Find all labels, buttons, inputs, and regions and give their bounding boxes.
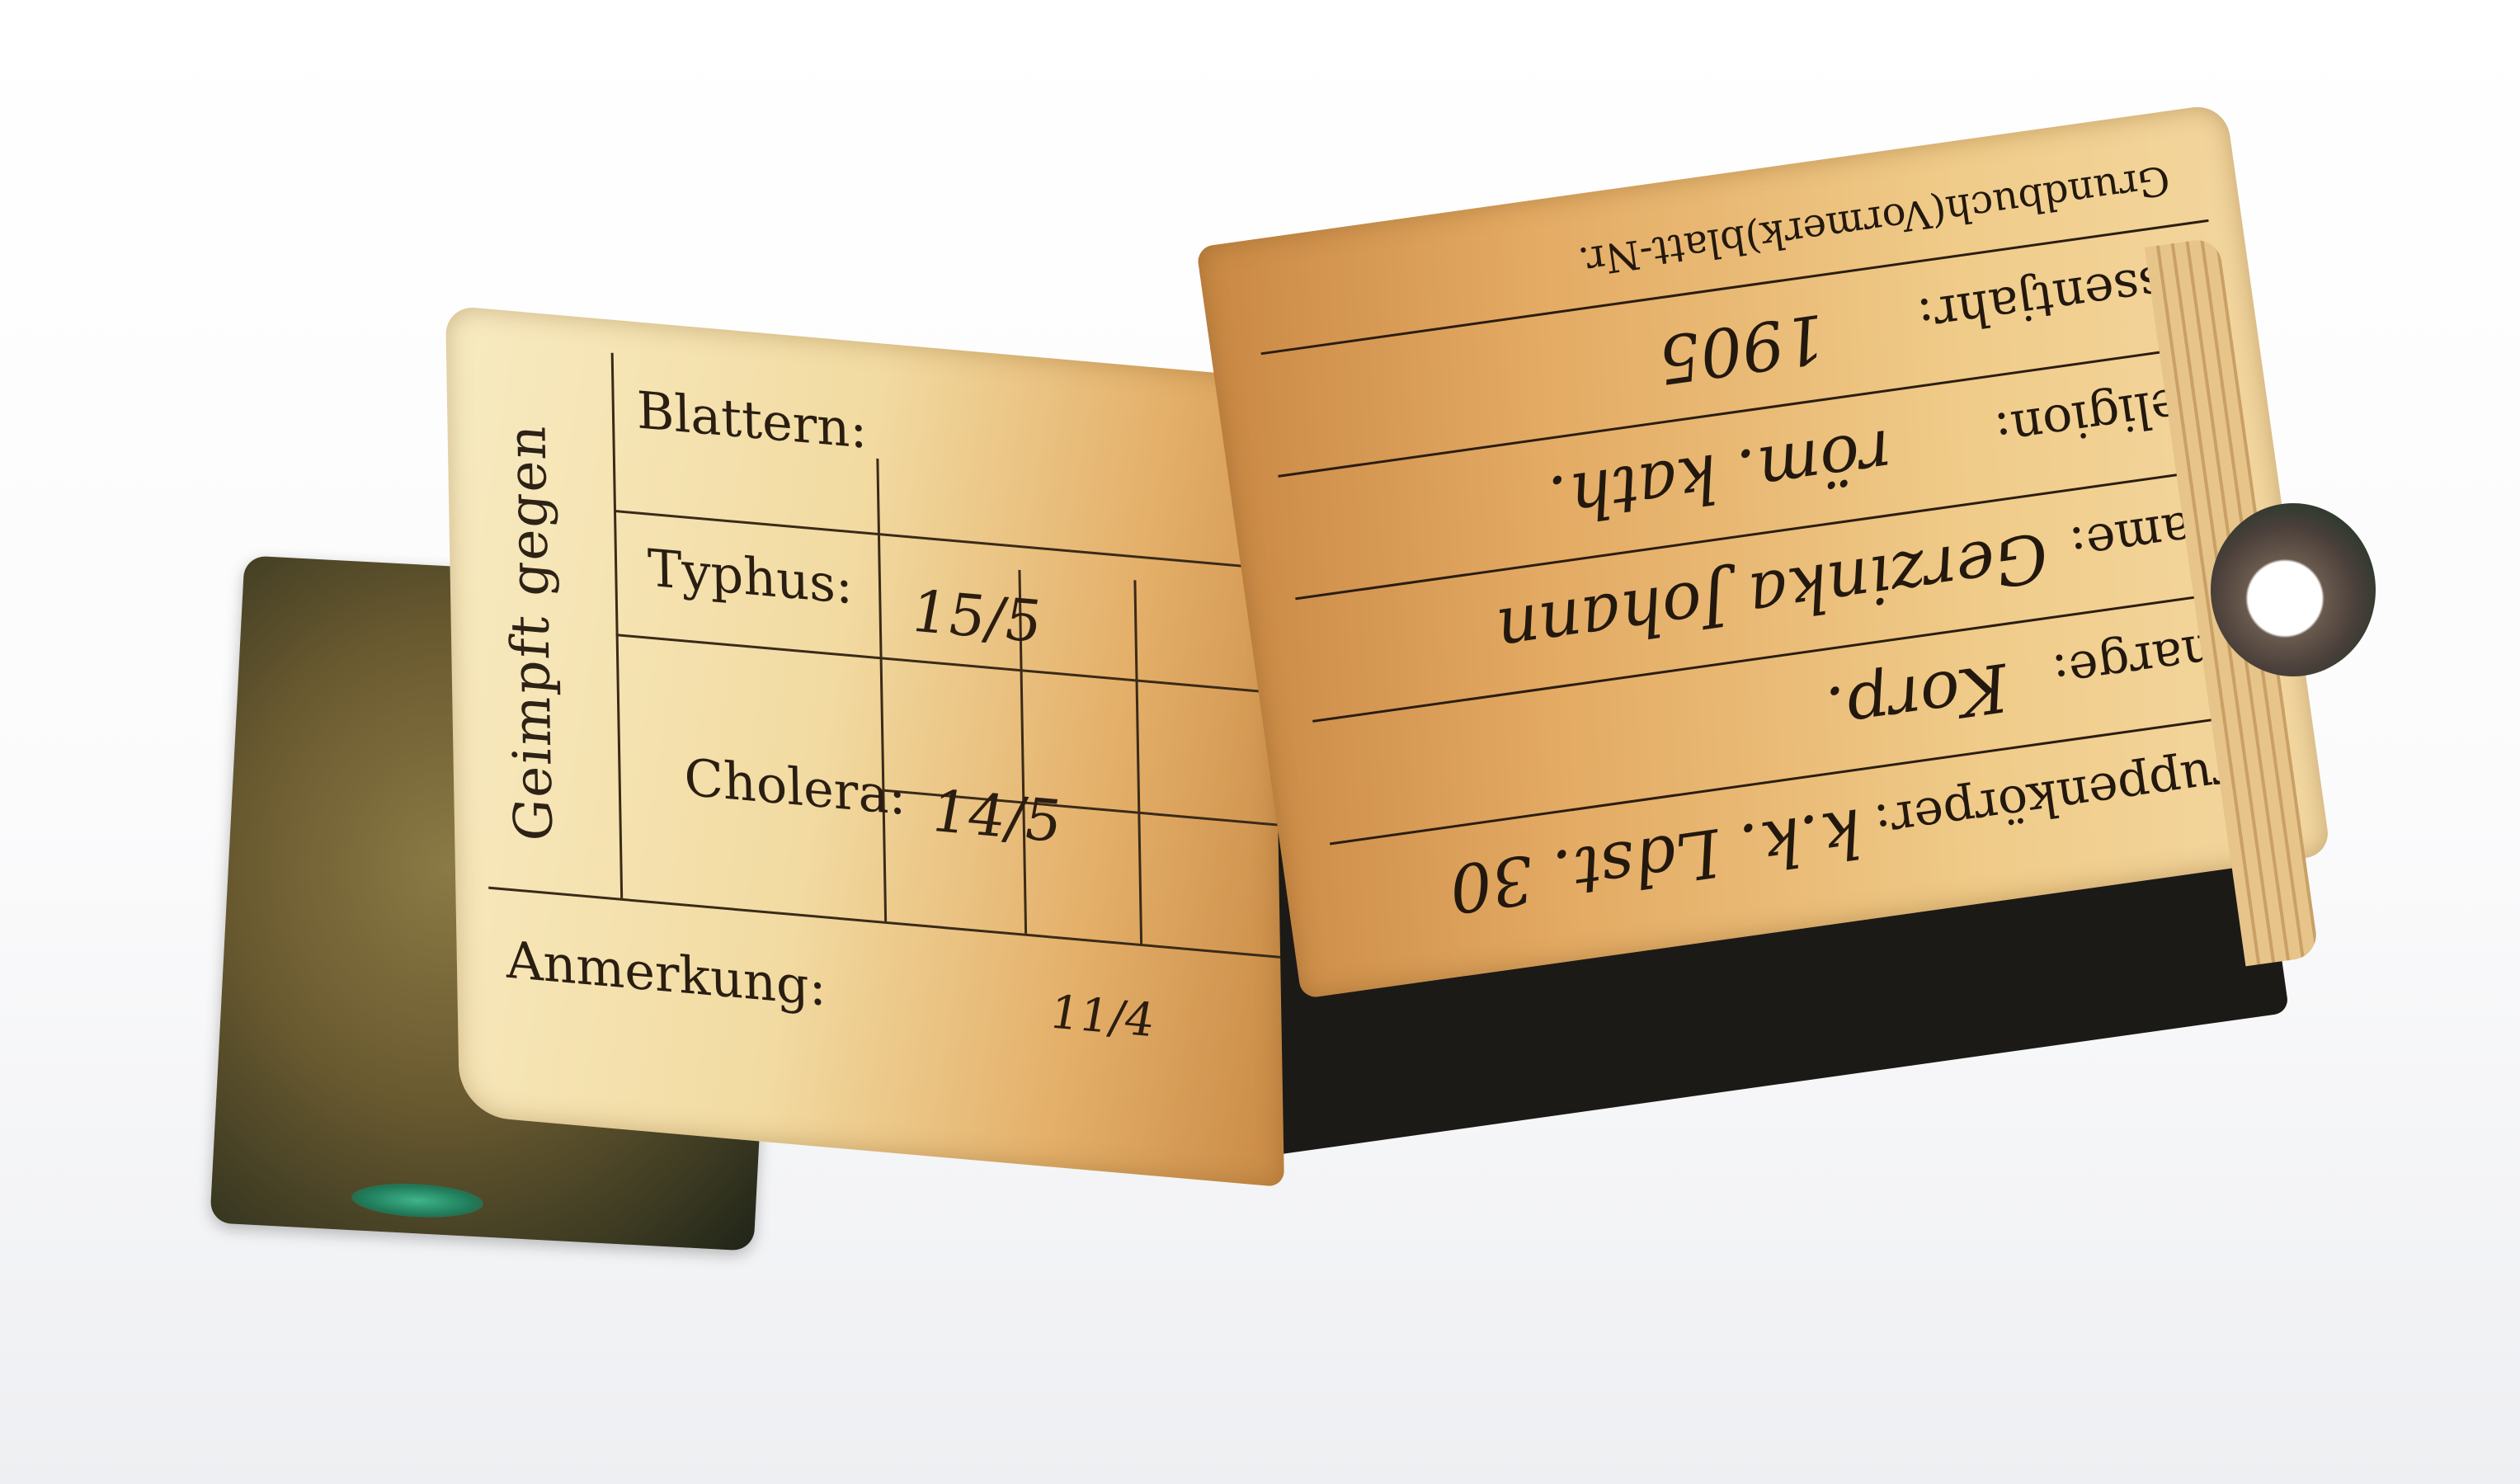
cholera-entry: 14/5 [931, 777, 1062, 856]
row-label-smallpox: Blattern: [636, 379, 868, 460]
green-patina [351, 1180, 484, 1220]
hanging-ring [2211, 503, 2376, 676]
field-value-rank: Korp. [1822, 648, 2013, 750]
divider-line [611, 353, 624, 898]
photo-scene: Geimpft gegen Blattern: Typhus: Cholera:… [0, 0, 2520, 1484]
remark-entry: 11/4 [1050, 985, 1155, 1048]
field-label-unit: Truppenkörper: [1871, 738, 2273, 850]
divider-line [876, 459, 887, 921]
row-label-typhus: Typhus: [648, 537, 854, 615]
right-page: Grundbuch(Vormerk)blatt-Nr. Assentjahr: … [1196, 103, 2331, 999]
vaccinated-against-heading: Geimpft gegen [497, 421, 565, 844]
row-label-cholera: Cholera: [684, 747, 907, 827]
field-value-unit: k.k. Ldst. 30 [1444, 794, 1866, 927]
remark-label: Anmerkung: [506, 930, 827, 1018]
left-page: Geimpft gegen Blattern: Typhus: Cholera:… [445, 305, 1284, 1187]
typhus-entry: 15/5 [911, 577, 1043, 657]
field-value-enlistment-year: 1905 [1653, 299, 1830, 398]
divider-line [1133, 580, 1142, 944]
field-value-name: Gerzinka Johann [1492, 517, 2052, 671]
